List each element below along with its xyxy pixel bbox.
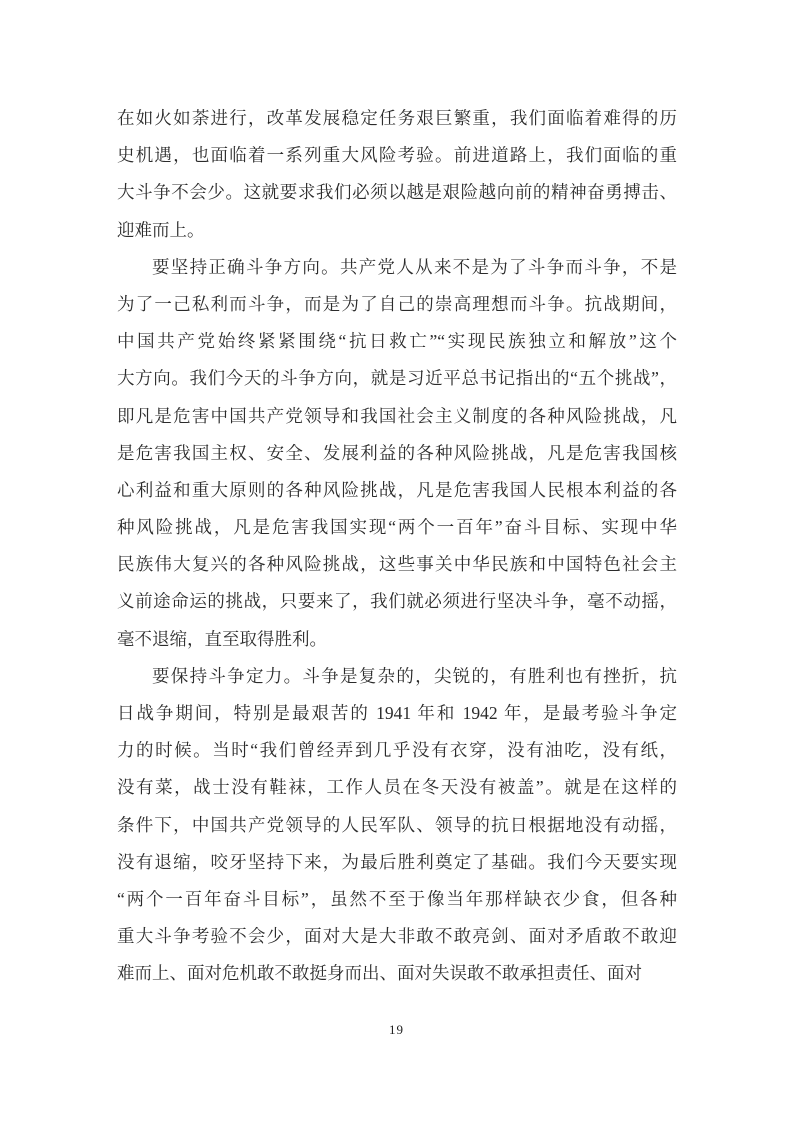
- text-line: 没有退缩，咬牙坚持下来，为最后胜利奠定了基础。我们今天要实现: [117, 844, 677, 881]
- text-line: 要保持斗争定力。斗争是复杂的，尖锐的，有胜利也有挫折，抗: [117, 658, 677, 695]
- text-line: 条件下，中国共产党领导的人民军队、领导的抗日根据地没有动摇，: [117, 807, 677, 844]
- text-line: 迎难而上。: [117, 212, 677, 249]
- text-line: 民族伟大复兴的各种风险挑战，这些事关中华民族和中国特色社会主: [117, 546, 677, 583]
- text-line: 难而上、面对危机敢不敢挺身而出、面对失误敢不敢承担责任、面对: [117, 955, 677, 992]
- text-line: 力的时候。当时“我们曾经弄到几乎没有衣穿，没有油吃，没有纸，: [117, 732, 677, 769]
- text-line: 没有菜，战士没有鞋袜，工作人员在冬天没有被盖”。就是在这样的: [117, 769, 677, 806]
- text-line: 是危害我国主权、安全、发展利益的各种风险挑战，凡是危害我国核: [117, 435, 677, 472]
- text-line: “两个一百年奋斗目标”，虽然不至于像当年那样缺衣少食，但各种: [117, 881, 677, 918]
- text-line: 要坚持正确斗争方向。共产党人从来不是为了斗争而斗争，不是: [117, 249, 677, 286]
- text-line: 中国共产党始终紧紧围绕“抗日救亡”“实现民族独立和解放”这个: [117, 323, 677, 360]
- text-line: 重大斗争考验不会少，面对大是大非敢不敢亮剑、面对矛盾敢不敢迎: [117, 918, 677, 955]
- text-line: 义前途命运的挑战，只要来了，我们就必须进行坚决斗争，毫不动摇，: [117, 583, 677, 620]
- text-line: 种风险挑战，凡是危害我国实现“两个一百年”奋斗目标、实现中华: [117, 509, 677, 546]
- text-line: 即凡是危害中国共产党领导和我国社会主义制度的各种风险挑战，凡: [117, 398, 677, 435]
- text-line: 日战争期间，特别是最艰苦的 1941 年和 1942 年，是最考验斗争定: [117, 695, 677, 732]
- document-page: 在如火如荼进行，改革发展稳定任务艰巨繁重，我们面临着难得的历史机遇，也面临着一系…: [0, 0, 793, 1122]
- text-line: 在如火如荼进行，改革发展稳定任务艰巨繁重，我们面临着难得的历: [117, 100, 677, 137]
- text-line: 毫不退缩，直至取得胜利。: [117, 621, 677, 658]
- document-body: 在如火如荼进行，改革发展稳定任务艰巨繁重，我们面临着难得的历史机遇，也面临着一系…: [117, 100, 677, 993]
- text-line: 心利益和重大原则的各种风险挑战，凡是危害我国人民根本利益的各: [117, 472, 677, 509]
- text-line: 史机遇，也面临着一系列重大风险考验。前进道路上，我们面临的重: [117, 137, 677, 174]
- text-line: 大斗争不会少。这就要求我们必须以越是艰险越向前的精神奋勇搏击、: [117, 174, 677, 211]
- text-line: 大方向。我们今天的斗争方向，就是习近平总书记指出的“五个挑战”，: [117, 360, 677, 397]
- page-number: 19: [0, 1022, 793, 1038]
- text-line: 为了一己私利而斗争，而是为了自己的崇高理想而斗争。抗战期间，: [117, 286, 677, 323]
